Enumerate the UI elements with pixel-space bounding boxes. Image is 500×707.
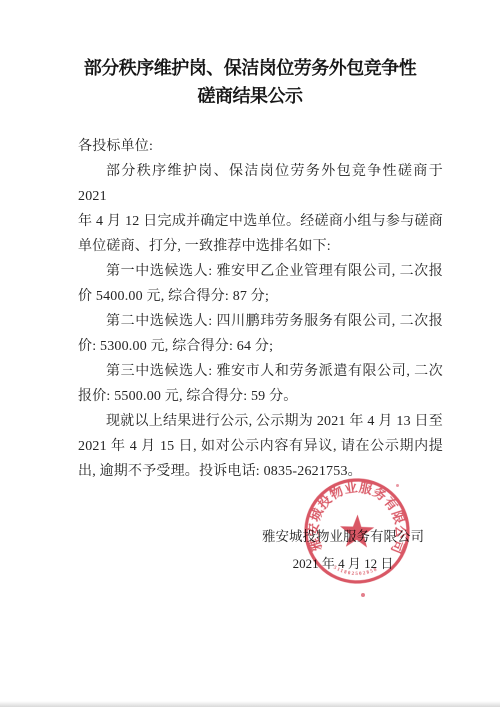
svg-text:511802502858: 511802502858 <box>332 565 379 577</box>
ink-speck <box>396 484 399 487</box>
body-line-p1-1: 部分秩序维护岗、保洁岗位劳务外包竞争性磋商于 2021 <box>78 159 443 209</box>
title-line-2: 磋商结果公示 <box>0 82 500 110</box>
company-seal: 雅安城投物业服务有限公司 511802502858 <box>301 475 413 587</box>
body-line-p5-2: 2021 年 4 月 15 日, 如对公示内容有异议, 请在公示期内提 <box>78 434 443 459</box>
seal-code: 511802502858 <box>332 565 379 577</box>
body-line-p2-1: 第一中选候选人: 雅安甲乙企业管理有限公司, 二次报 <box>78 259 443 284</box>
body-line-p2-2: 价 5400.00 元, 综合得分: 87 分; <box>78 284 443 309</box>
document-page: 部分秩序维护岗、保洁岗位劳务外包竞争性 磋商结果公示 各投标单位: 部分秩序维护… <box>0 0 500 707</box>
seal-star-icon <box>339 514 374 548</box>
page-bottom-edge <box>0 701 500 707</box>
ink-speck <box>361 593 365 597</box>
document-body: 各投标单位: 部分秩序维护岗、保洁岗位劳务外包竞争性磋商于 2021 年 4 月… <box>78 134 443 484</box>
body-line-p5-1: 现就以上结果进行公示, 公示期为 2021 年 4 月 13 日至 <box>78 409 443 434</box>
document-title: 部分秩序维护岗、保洁岗位劳务外包竞争性 磋商结果公示 <box>0 54 500 110</box>
body-line-p1-2: 年 4 月 12 日完成并确定中选单位。经磋商小组与参与磋商 <box>78 209 443 234</box>
body-line-p3-2: 价: 5300.00 元, 综合得分: 64 分; <box>78 334 443 359</box>
salutation-line: 各投标单位: <box>78 134 443 159</box>
body-line-p3-1: 第二中选候选人: 四川鹏玮劳务服务有限公司, 二次报 <box>78 309 443 334</box>
title-line-1: 部分秩序维护岗、保洁岗位劳务外包竞争性 <box>0 54 500 82</box>
body-line-p4-1: 第三中选候选人: 雅安市人和劳务派遣有限公司, 二次 <box>78 359 443 384</box>
body-line-p1-3: 单位磋商、打分, 一致推荐中选排名如下: <box>78 234 443 259</box>
body-line-p4-2: 报价: 5500.00 元, 综合得分: 59 分。 <box>78 384 443 409</box>
